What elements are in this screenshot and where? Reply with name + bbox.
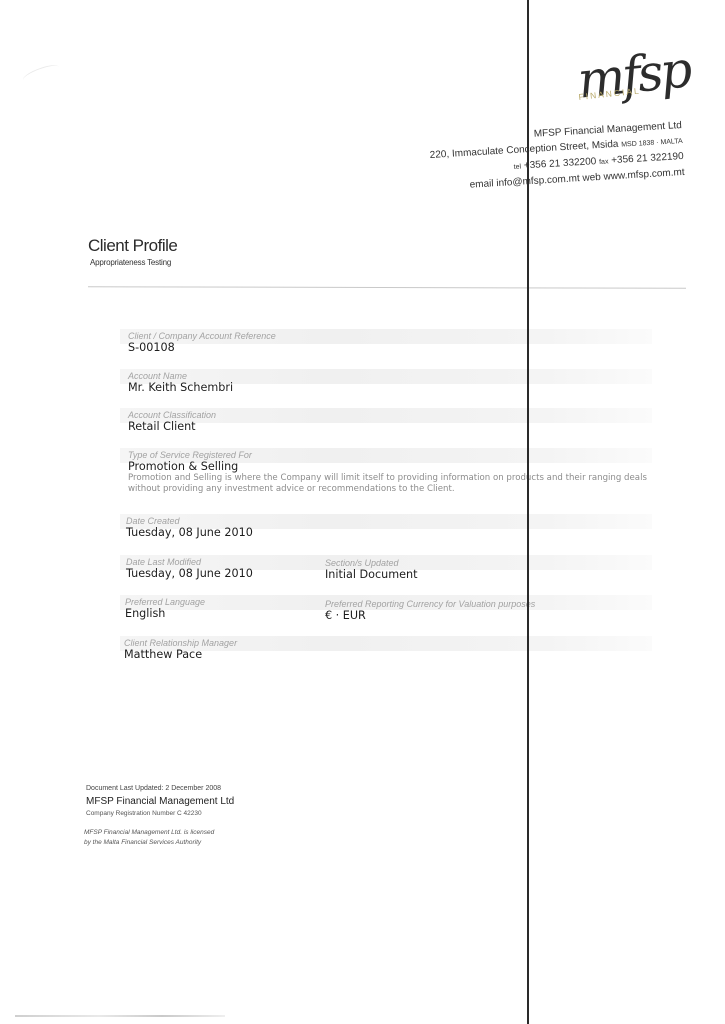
field-value: Mr. Keith Schembri xyxy=(128,381,233,394)
field-label: Preferred Language xyxy=(125,597,205,607)
field-account-reference: Client / Company Account Reference S-001… xyxy=(128,331,276,354)
footer-last-updated: Document Last Updated: 2 December 2008 xyxy=(86,785,221,792)
field-value: € · EUR xyxy=(325,609,535,622)
service-description-line1: Promotion and Selling is where the Compa… xyxy=(128,473,647,484)
footer-company-name: MFSP Financial Management Ltd xyxy=(86,796,234,807)
field-reporting-currency: Preferred Reporting Currency for Valuati… xyxy=(325,599,535,622)
field-label: Client / Company Account Reference xyxy=(128,331,276,341)
field-value: Matthew Pace xyxy=(124,648,237,661)
field-label: Type of Service Registered For xyxy=(128,450,647,460)
field-label: Date Last Modified xyxy=(126,557,253,567)
company-website: www.mfsp.com.mt xyxy=(603,167,685,183)
scan-streak xyxy=(15,1015,225,1017)
field-account-name: Account Name Mr. Keith Schembri xyxy=(128,371,233,394)
field-value: S-00108 xyxy=(128,341,276,354)
field-value: Tuesday, 08 June 2010 xyxy=(126,567,253,580)
document-subtitle: Appropriateness Testing xyxy=(90,258,171,267)
company-address-block: MFSP Financial Management Ltd 220, Immac… xyxy=(428,118,685,195)
field-label: Account Name xyxy=(128,371,233,381)
scan-fold-line xyxy=(527,0,529,1024)
field-date-last-modified: Date Last Modified Tuesday, 08 June 2010 xyxy=(126,557,253,580)
document-title: Client Profile xyxy=(88,236,177,256)
field-label: Preferred Reporting Currency for Valuati… xyxy=(325,599,535,609)
company-email: info@mfsp.com.mt xyxy=(496,173,580,189)
field-value: Initial Document xyxy=(325,568,417,581)
field-value: English xyxy=(125,607,205,620)
field-label: Client Relationship Manager xyxy=(124,638,237,648)
field-value: Promotion & Selling xyxy=(128,460,647,473)
field-label: Section/s Updated xyxy=(325,558,417,568)
scan-smudge xyxy=(21,62,60,85)
service-description-line2: without providing any investment advice … xyxy=(128,484,647,495)
field-preferred-language: Preferred Language English xyxy=(125,597,205,620)
title-divider xyxy=(88,286,686,289)
field-value: Retail Client xyxy=(128,420,216,433)
field-value: Tuesday, 08 June 2010 xyxy=(126,526,253,539)
field-service-type: Type of Service Registered For Promotion… xyxy=(128,450,647,495)
footer-license-note: MFSP Financial Management Ltd. is licens… xyxy=(84,828,214,848)
field-relationship-manager: Client Relationship Manager Matthew Pace xyxy=(124,638,237,661)
company-postcode: MSD 1838 · MALTA xyxy=(621,138,683,149)
field-date-created: Date Created Tuesday, 08 June 2010 xyxy=(126,516,253,539)
field-label: Account Classification xyxy=(128,410,216,420)
footer-registration: Company Registration Number C 42230 xyxy=(86,810,202,817)
field-label: Date Created xyxy=(126,516,253,526)
field-sections-updated: Section/s Updated Initial Document xyxy=(325,558,417,581)
field-account-classification: Account Classification Retail Client xyxy=(128,410,216,433)
